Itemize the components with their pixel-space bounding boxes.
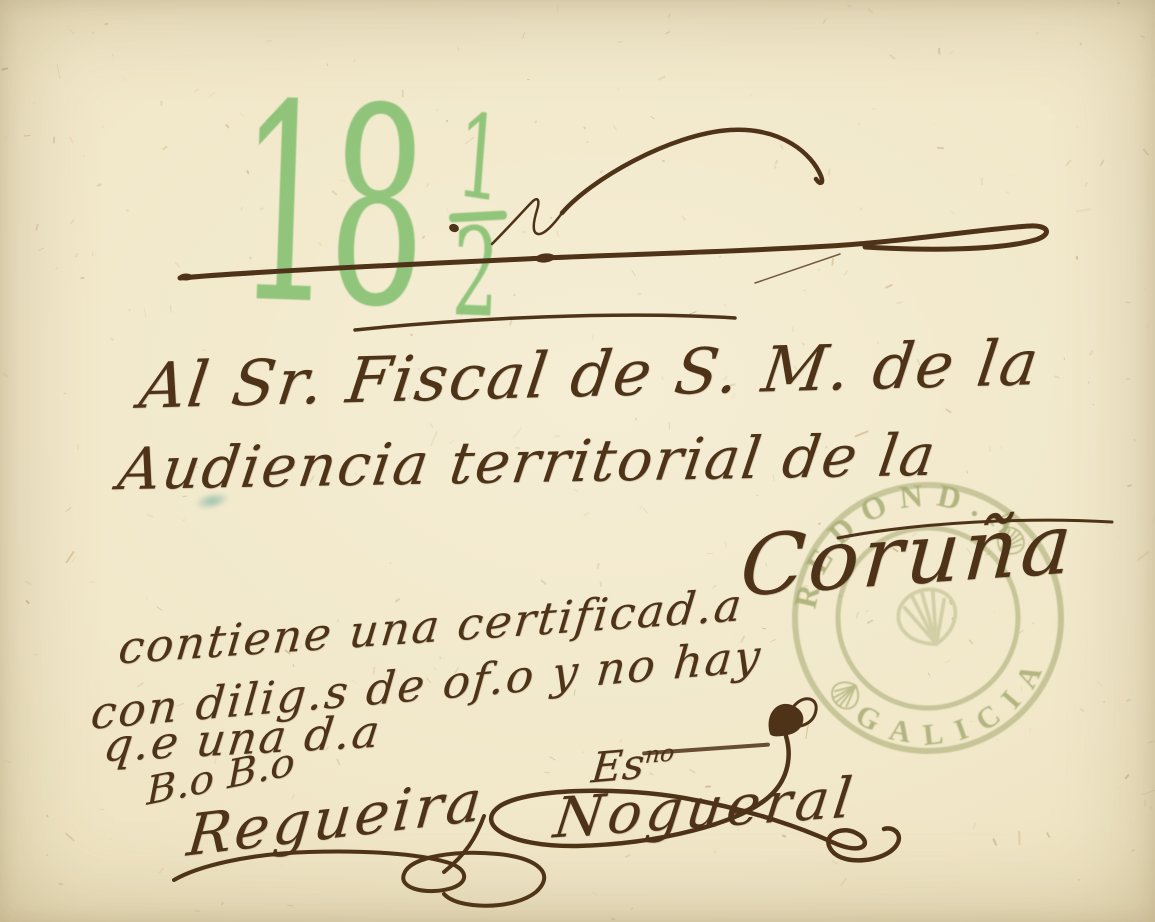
scanned-postal-cover: REDOND.A GALICIA 18 1 2 Al Sr. Fiscal de… <box>0 0 1155 922</box>
address-line-2: Audiencia territorial de la <box>114 421 941 503</box>
rate-digits: 18 <box>235 99 425 317</box>
rate-fraction: 1 2 <box>439 114 516 324</box>
fraction-denominator: 2 <box>451 222 501 324</box>
rate-handstamp: 18 1 2 <box>234 99 551 330</box>
fraction-numerator: 1 <box>455 112 506 205</box>
